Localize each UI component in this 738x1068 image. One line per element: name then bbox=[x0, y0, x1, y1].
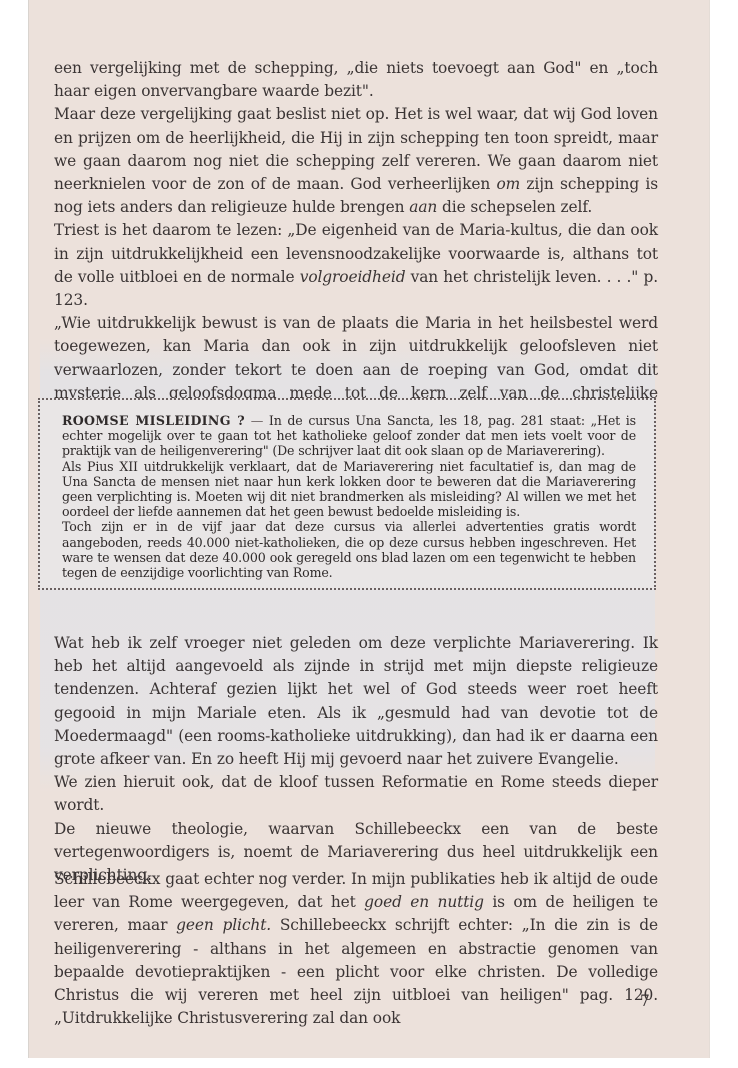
paragraph: Wat heb ik zelf vroeger niet geleden om … bbox=[54, 632, 658, 771]
text-block-top: een vergelijking met de schepping, „die … bbox=[54, 57, 658, 428]
text-run: die schepselen zelf. bbox=[437, 198, 592, 216]
box-heading: ROOMSE MISLEIDING ? bbox=[62, 413, 245, 428]
text-block-bottom: Schillebeeckx gaat echter nog verder. In… bbox=[54, 868, 658, 1030]
em-dash: — bbox=[245, 413, 269, 428]
emphasis: geen plicht. bbox=[176, 916, 271, 934]
paragraph: Triest is het daarom te lezen: „De eigen… bbox=[54, 219, 658, 312]
box-content: ROOMSE MISLEIDING ? — In de cursus Una S… bbox=[62, 413, 636, 580]
emphasis: om bbox=[496, 175, 520, 193]
text-block-middle: Wat heb ik zelf vroeger niet geleden om … bbox=[54, 632, 658, 887]
box-paragraph: Toch zijn er in de vijf jaar dat deze cu… bbox=[62, 519, 636, 580]
box-paragraph: Als Pius XII uitdrukkelijk verklaart, da… bbox=[62, 459, 636, 520]
emphasis: volgroeidheid bbox=[300, 268, 406, 286]
emphasis: goed en nuttig bbox=[364, 893, 484, 911]
paragraph: Maar deze vergelijking gaat beslist niet… bbox=[54, 103, 658, 219]
paragraph: een vergelijking met de schepping, „die … bbox=[54, 57, 658, 103]
paragraph: Schillebeeckx gaat echter nog verder. In… bbox=[54, 868, 658, 1030]
page-number: 7 bbox=[640, 992, 650, 1010]
emphasis: aan bbox=[409, 198, 437, 216]
box-paragraph: ROOMSE MISLEIDING ? — In de cursus Una S… bbox=[62, 413, 636, 459]
sidebar-box-roomse-misleiding: ROOMSE MISLEIDING ? — In de cursus Una S… bbox=[38, 398, 656, 590]
paragraph: We zien hieruit ook, dat de kloof tussen… bbox=[54, 771, 658, 817]
